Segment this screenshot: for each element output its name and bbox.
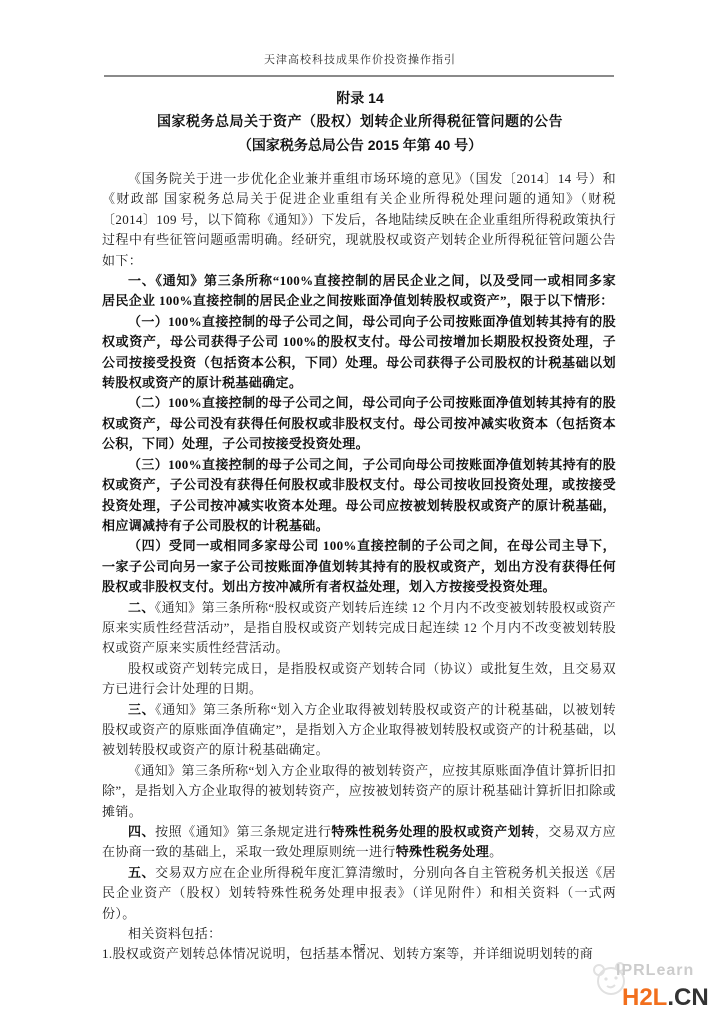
- paragraph: （一）100%直接控制的母子公司之间，母公司向子公司按账面净值划转其持有的股权或…: [102, 312, 616, 394]
- paragraph-bold-segment: 特殊性税务处理: [396, 844, 489, 859]
- document-page: 天津高校科技成果作价投资操作指引 附录 14 国家税务总局关于资产（股权）划转企…: [0, 0, 720, 1018]
- running-header: 天津高校科技成果作价投资操作指引: [0, 51, 720, 67]
- paragraph: （二）100%直接控制的母子公司之间，母公司向子公司按账面净值划转其持有的股权或…: [102, 393, 616, 454]
- watermark: IPRLearn H2L.CN: [590, 946, 718, 1012]
- paragraph: 三、《通知》第三条所称“划入方企业取得被划转股权或资产的计税基础，以被划转股权或…: [102, 700, 616, 761]
- paragraph-bold-segment: （一）100%直接控制的母子公司之间，母公司向子公司按账面净值划转其持有的股权或…: [102, 314, 616, 390]
- document-title: 国家税务总局关于资产（股权）划转企业所得税征管问题的公告: [0, 111, 720, 131]
- paragraph: 四、按照《通知》第三条规定进行特殊性税务处理的股权或资产划转，交易双方应在协商一…: [102, 822, 616, 863]
- paragraph-segment: 《通知》第三条所称“划入方企业取得被划转股权或资产的计税基础，以被划转股权或资产…: [102, 702, 616, 758]
- paragraph-segment: 按照《通知》第三条规定进行: [155, 824, 331, 839]
- paragraph-segment: 股权或资产划转完成日，是指股权或资产划转合同（协议）或批复生效，且交易双方已进行…: [102, 661, 616, 696]
- watermark-faint-text: IPRLearn: [616, 962, 694, 980]
- paragraph-bold-segment: 五、: [128, 865, 155, 880]
- paragraph-segment: 交易双方应在企业所得税年度汇算清缴时，分别向各自主管税务机关报送《居民企业资产（…: [102, 865, 616, 921]
- paragraph: （四）受同一或相同多家母公司 100%直接控制的子公司之间，在母公司主导下，一家…: [102, 536, 616, 597]
- paragraph-segment: 。: [489, 844, 502, 859]
- paragraph-bold-segment: （三）100%直接控制的母子公司之间，子公司向母公司按账面净值划转其持有的股权或…: [102, 457, 616, 533]
- paragraph: 《国务院关于进一步优化企业兼并重组市场环境的意见》（国发〔2014〕14 号）和…: [102, 169, 616, 271]
- watermark-brand-suffix: .CN: [667, 984, 708, 1011]
- paragraph-bold-segment: （二）100%直接控制的母子公司之间，母公司向子公司按账面净值划转其持有的股权或…: [102, 395, 616, 451]
- paragraph: 《通知》第三条所称“划入方企业取得的被划转资产，应按其原账面净值计算折旧扣除”，…: [102, 761, 616, 822]
- appendix-label: 附录 14: [0, 88, 720, 108]
- paragraph: （三）100%直接控制的母子公司之间，子公司向母公司按账面净值划转其持有的股权或…: [102, 455, 616, 537]
- watermark-brand: H2L: [622, 984, 667, 1011]
- header-rule: [104, 75, 614, 77]
- paragraph-segment: 《通知》第三条所称“划入方企业取得的被划转资产，应按其原账面净值计算折旧扣除”，…: [102, 763, 616, 819]
- document-body: 《国务院关于进一步优化企业兼并重组市场环境的意见》（国发〔2014〕14 号）和…: [102, 169, 616, 965]
- paragraph: 一、《通知》第三条所称“100%直接控制的居民企业之间，以及受同一或相同多家居民…: [102, 271, 616, 312]
- paragraph-bold-segment: 一、《通知》第三条所称“100%直接控制的居民企业之间，以及受同一或相同多家居民…: [102, 273, 616, 308]
- paragraph-bold-segment: 特殊性税务处理的股权或资产划转: [331, 824, 534, 839]
- paragraph-segment: 《通知》第三条所称“股权或资产划转后连续 12 个月内不改变被划转股权或资产原来…: [102, 600, 616, 656]
- paragraph-segment: 相关资料包括：: [128, 926, 221, 941]
- paragraph: 股权或资产划转完成日，是指股权或资产划转合同（协议）或批复生效，且交易双方已进行…: [102, 659, 616, 700]
- paragraph-bold-segment: 四、: [128, 824, 155, 839]
- paragraph-bold-segment: 三、: [128, 702, 155, 717]
- paragraph-segment: 《国务院关于进一步优化企业兼并重组市场环境的意见》（国发〔2014〕14 号）和…: [102, 171, 616, 268]
- watermark-brand-text: H2L.CN: [622, 986, 709, 1010]
- paragraph-bold-segment: （四）受同一或相同多家母公司 100%直接控制的子公司之间，在母公司主导下，一家…: [102, 538, 616, 594]
- paragraph: 五、交易双方应在企业所得税年度汇算清缴时，分别向各自主管税务机关报送《居民企业资…: [102, 863, 616, 924]
- paragraph: 二、《通知》第三条所称“股权或资产划转后连续 12 个月内不改变被划转股权或资产…: [102, 598, 616, 659]
- paragraph-bold-segment: 二、: [128, 600, 155, 615]
- document-subtitle: （国家税务总局公告 2015 年第 40 号）: [0, 135, 720, 155]
